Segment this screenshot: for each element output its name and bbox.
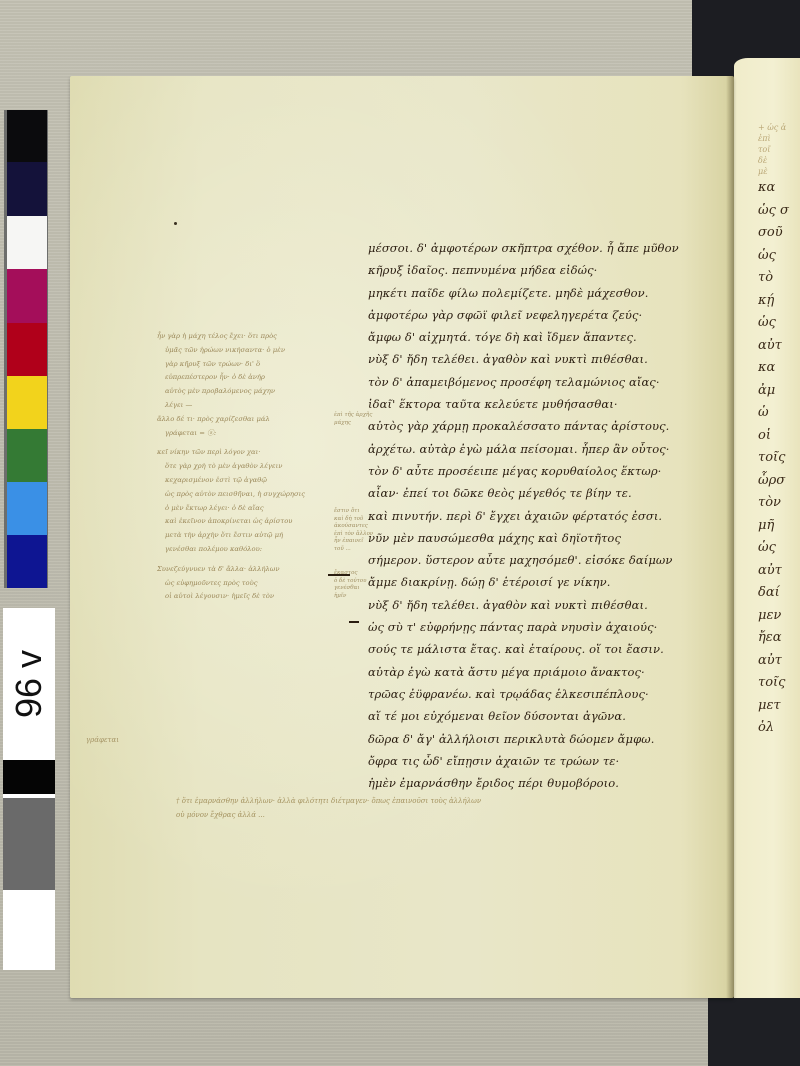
verse-line: ἀρχέτω. αὐτὰρ ἐγὼ μάλα πείσομαι. ἧπερ ἂν… — [368, 438, 730, 460]
facing-page-line: μῆ — [758, 515, 800, 538]
scholia-line: ἦν γὰρ ἡ μάχη τέλος ἔχει· ὅτι πρὸς — [157, 330, 335, 344]
color-patch-black — [7, 110, 47, 162]
gloss-line: ἦν ἐπαινεῖ — [334, 538, 373, 546]
color-patch-cyan-blue — [7, 482, 47, 535]
facing-page-line: ὡς — [758, 245, 800, 268]
facing-page-line: δαί — [758, 582, 800, 605]
verse-line: σήμερον. ὕστερον αὖτε μαχησόμεθ'. εἰσόκε… — [368, 549, 730, 571]
folio-number: 96 v — [8, 650, 50, 718]
margin-dash-mark — [349, 621, 359, 623]
gloss-line: ἔστιν ὅτι — [334, 508, 373, 516]
scholia-line: ὡς εὐφημοῦντες πρὸς τοὺς — [157, 577, 335, 591]
verse-line: αὐτὸς γὰρ χάρμῃ προκαλέσσατο πάντας ἀρίσ… — [368, 415, 730, 437]
gloss-line: ὁ δὲ τούτου — [334, 578, 366, 586]
gray-scale-strip: 96 v — [3, 608, 55, 970]
color-patch-magenta — [7, 269, 47, 323]
facing-page-line: αὐτ — [758, 650, 800, 673]
facing-page-line: τοῖς — [758, 447, 800, 470]
verse-line: σούς τε μάλιστα ἔτας. καὶ ἑταίρους. οἵ τ… — [368, 638, 730, 660]
color-patch-green — [7, 429, 47, 482]
facing-page-line: αὐτ — [758, 335, 800, 358]
verse-line: ἀμφοτέρω γὰρ σφῶϊ φιλεῖ νεφεληγερέτα ζεύ… — [368, 304, 730, 326]
verse-line: κῆρυξ ἰδαῖος. πεπνυμένα μήδεα εἰδώς· — [368, 259, 730, 281]
color-patch-blue — [7, 535, 47, 588]
verse-line: ἰδαῖ' ἕκτορα ταῦτα κελεύετε μυθήσασθαι· — [368, 393, 730, 415]
interlinear-gloss-2: ἔστιν ὅτικαὶ δὴ τοῦἀκούσαντεςἐπὶ τὸν ἄλλ… — [334, 508, 373, 553]
scholia-line: γράφεται = ⓐ: — [157, 427, 335, 441]
verse-line: νὺξ δ' ἤδη τελέθει. ἀγαθὸν καὶ νυκτὶ πιθ… — [368, 594, 730, 616]
scholia-line: λέγει — — [157, 399, 335, 413]
facing-page-line: μὲ — [758, 166, 800, 177]
scholia-line: Συνεζεύγνυεν τὰ δ' ἄλλα· ἀλλήλων — [157, 563, 335, 577]
verse-line: ὡς σὺ τ' εὐφρήνῃς πάντας παρὰ νηυσὶν ἀχα… — [368, 616, 730, 638]
color-patch-white — [7, 216, 47, 269]
facing-page-line: μετ — [758, 695, 800, 718]
verse-line: ἄμμε διακρίνῃ. δώῃ δ' ἑτέροισί γε νίκην. — [368, 571, 730, 593]
facing-page-line: ὡς — [758, 537, 800, 560]
facing-page-line: οἱ — [758, 425, 800, 448]
verse-line: καὶ πινυτήν. περὶ δ' ἔγχει ἀχαιῶν φέρτατ… — [368, 505, 730, 527]
gloss-line: γενέσθαι — [334, 585, 366, 593]
scholia-line: ὅτε γὰρ χρὴ τὸ μὲν ἀγαθὸν λέγειν — [157, 460, 335, 474]
verse-line: τὸν δ' αὖτε προσέειπε μέγας κορυθαίολος … — [368, 460, 730, 482]
facing-page-line: τὸ — [758, 267, 800, 290]
folio-label: 96 v — [3, 608, 55, 760]
facing-page-line: κα — [758, 177, 800, 200]
scholia-line: καὶ ἐκεῖνον ἀποκρίνεται ὡς ἀρίστου — [157, 515, 335, 529]
verse-line: νὺξ δ' ἤδη τελέθει. ἀγαθὸν καὶ νυκτὶ πιθ… — [368, 348, 730, 370]
gloss-line: ἀκούσαντες — [334, 523, 373, 531]
facing-page-line: σοῦ — [758, 222, 800, 245]
color-patch-yellow — [7, 376, 47, 429]
gloss-line: μάχης — [334, 420, 372, 428]
scholia-line: ὑμᾶς τῶν ἡρώων νικήσαντα· ὁ μὲν — [157, 344, 335, 358]
facing-page-line: ἤεα — [758, 627, 800, 650]
scholia-line: κεχαρισμένον ἐστὶ τῷ ἀγαθῷ — [157, 474, 335, 488]
verse-line: τὸν δ' ἀπαμειβόμενος προσέφη τελαμώνιος … — [368, 371, 730, 393]
facing-page-line: ἐπὶ — [758, 133, 800, 144]
verse-line: νῦν μὲν παυσώμεσθα μάχης καὶ δηϊοτῆτος — [368, 527, 730, 549]
scholia-line: ἄλλο δέ τι· πρὸς χαρίζεσθαι μάλ — [157, 413, 335, 427]
left-margin-note: γράφεται — [86, 736, 119, 744]
verse-line: μέσσοι. δ' ἀμφοτέρων σκῆπτρα σχέθον. ἦ ἄ… — [368, 237, 730, 259]
interlinear-gloss-1: ἐπὶ τῆς ἀρχῆςμάχης — [334, 412, 372, 427]
facing-page-line: τοῖ — [758, 144, 800, 155]
facing-page-line: κα — [758, 357, 800, 380]
facing-page-line: τοῖς — [758, 672, 800, 695]
verse-line: μηκέτι παῖδε φίλω πολεμίζετε. μηδὲ μάχεσ… — [368, 282, 730, 304]
scholia-line: κεῖ νίκην τῶν περὶ λόγον χαι· — [157, 446, 335, 460]
scholia-line: εὐπρεπέστερον ἦν· ὁ δὲ ἀνήρ — [157, 371, 335, 385]
facing-page-line: τὸν — [758, 492, 800, 515]
facing-page-line: ὡ — [758, 402, 800, 425]
gloss-line: καὶ δὴ τοῦ — [334, 516, 373, 524]
marginal-scholia: ἦν γὰρ ἡ μάχη τέλος ἔχει· ὅτι πρὸςὑμᾶς τ… — [157, 330, 335, 604]
gray-patch-black — [3, 760, 55, 794]
margin-dash-mark-2 — [328, 574, 350, 576]
main-text-block: μέσσοι. δ' ἀμφοτέρων σκῆπτρα σχέθον. ἦ ἄ… — [368, 237, 730, 794]
facing-page-line: αὐτ — [758, 560, 800, 583]
verse-line: τρῶας ἐϋφρανέω. καὶ τρῳάδας ἑλκεσιπέπλου… — [368, 683, 730, 705]
scholia-line: μετὰ τὴν ἀρχὴν ὅτι ἔστιν αὐτῷ μή — [157, 529, 335, 543]
bottom-marginal-note: † ὅτι ἐμαρνάσθην ἀλλήλων· ἀλλὰ φιλότητι … — [176, 794, 716, 822]
gray-patch-mid-gray — [3, 798, 55, 890]
gloss-line: ἐπὶ τὸν ἄλλον — [334, 531, 373, 539]
facing-page-line: + ὡς ἀ — [758, 122, 800, 133]
gloss-line: τοῦ ... — [334, 546, 373, 554]
facing-page-line: ὡς σ — [758, 200, 800, 223]
facing-page-line: κῄ — [758, 290, 800, 313]
scholia-line: γενέσθαι πολέμου καθόλου: — [157, 543, 335, 557]
facing-page-line: ὡς — [758, 312, 800, 335]
color-calibration-strip — [4, 110, 48, 588]
verse-line: δῶρα δ' ἄγ' ἀλλήλοισι περικλυτὰ δώομεν ἄ… — [368, 728, 730, 750]
verse-line: ἠμὲν ἐμαρνάσθην ἔριδος πέρι θυμοβόροιο. — [368, 772, 730, 794]
scholia-line: αὐτὸς μὲν προβαλόμενος μάχην — [157, 385, 335, 399]
verse-line: ὄφρα τις ὧδ' εἴπῃσιν ἀχαιῶν τε τρώων τε· — [368, 750, 730, 772]
verse-line: αἶαν· ἐπεί τοι δῶκε θεὸς μέγεθός τε βίην… — [368, 482, 730, 504]
scholia-line: γὰρ κῆρυξ τῶν τρώων· δι' ὃ — [157, 358, 335, 372]
facing-page-line: δὲ — [758, 155, 800, 166]
facing-page-text: + ὡς ἀἐπὶτοῖδὲμὲκαὡς σσοῦὡςτὸκῄὡςαὐτκαἀμ… — [758, 122, 800, 740]
verse-line: αἵ τέ μοι εὐχόμεναι θεῖον δύσονται ἀγῶνα… — [368, 705, 730, 727]
facing-page-line: ἀμ — [758, 380, 800, 403]
note-line: † ὅτι ἐμαρνάσθην ἀλλήλων· ἀλλὰ φιλότητι … — [176, 794, 716, 808]
color-patch-dark-navy — [7, 162, 47, 216]
verse-line: αὐτὰρ ἐγὼ κατὰ ἄστυ μέγα πριάμοιο ἄνακτο… — [368, 661, 730, 683]
ink-dot — [174, 222, 177, 225]
facing-page-line: μεν — [758, 605, 800, 628]
color-patch-red — [7, 323, 47, 376]
facing-page-line: ὁλ — [758, 717, 800, 740]
scholia-line: ὡς πρὸς αὐτὸν πεισθῆναι, ἡ συγχώρησις — [157, 488, 335, 502]
facing-page: + ὡς ἀἐπὶτοῖδὲμὲκαὡς σσοῦὡςτὸκῄὡςαὐτκαἀμ… — [734, 58, 800, 998]
note-line: οὐ μόνον ἔχθρας ἀλλά ... — [176, 808, 716, 822]
verse-line: ἄμφω δ' αἰχμητά. τόγε δὴ καὶ ἴδμεν ἅπαντ… — [368, 326, 730, 348]
scholia-line: ὁ μὲν ἕκτωρ λέγει· ὁ δὲ αἴας — [157, 502, 335, 516]
scholia-line: οἱ αὐτοὶ λέγουσιν· ἡμεῖς δὲ τὸν — [157, 590, 335, 604]
facing-page-line: ὧρσ — [758, 470, 800, 493]
gloss-line: ἐπὶ τῆς ἀρχῆς — [334, 412, 372, 420]
gloss-line: ἡμῖν — [334, 593, 366, 601]
